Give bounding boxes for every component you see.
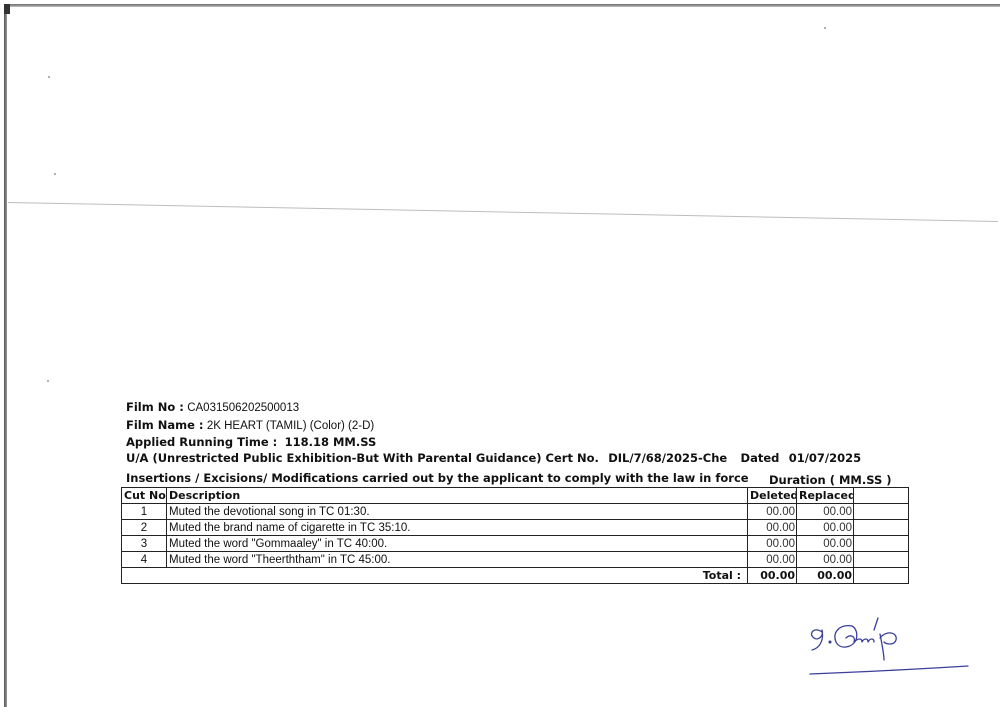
scan-speck: [47, 380, 49, 382]
modifications-heading: Insertions / Excisions/ Modifications ca…: [126, 471, 749, 485]
total-row: Total : 00.00 00.00: [122, 568, 909, 584]
col-blank: [854, 488, 909, 504]
running-time-value: 118.18 MM.SS: [285, 435, 377, 449]
replaced-cell: 00.00: [797, 520, 854, 536]
deleted-cell: 00.00: [748, 520, 797, 536]
table-header-row: Cut No. Description Deleted Replaced: [122, 488, 909, 504]
table-row: 3 Muted the word "Gommaaley" in TC 40:00…: [122, 536, 909, 552]
cut-no-cell: 1: [122, 504, 167, 520]
col-description: Description: [167, 488, 748, 504]
cut-no-cell: 3: [122, 536, 167, 552]
col-replaced: Replaced: [797, 488, 854, 504]
description-cell: Muted the devotional song in TC 01:30.: [167, 504, 748, 520]
cut-no-cell: 4: [122, 552, 167, 568]
description-cell: Muted the brand name of cigarette in TC …: [167, 520, 748, 536]
scan-speck: [824, 27, 826, 29]
col-cut-no: Cut No.: [122, 488, 167, 504]
deleted-cell: 00.00: [748, 536, 797, 552]
signature: [800, 608, 975, 683]
running-time-label: Applied Running Time :: [126, 435, 277, 449]
total-replaced: 00.00: [797, 568, 854, 584]
deleted-cell: 00.00: [748, 504, 797, 520]
scan-corner-mark: [4, 4, 10, 14]
modifications-table: Cut No. Description Deleted Replaced 1 M…: [121, 487, 909, 584]
replaced-cell: 00.00: [797, 552, 854, 568]
total-label: Total :: [122, 568, 748, 584]
description-cell: Muted the word "Theerththam" in TC 45:00…: [167, 552, 748, 568]
table-row: 1 Muted the devotional song in TC 01:30.…: [122, 504, 909, 520]
film-no-line: Film No : CA031506202500013: [126, 400, 299, 414]
certificate-line: U/A (Unrestricted Public Exhibition-But …: [126, 451, 861, 465]
total-deleted: 00.00: [748, 568, 797, 584]
film-name-line: Film Name : 2K HEART (TAMIL) (Color) (2-…: [126, 418, 374, 432]
dated-label: Dated: [741, 451, 780, 465]
blank-cell: [854, 568, 909, 584]
scan-edge-top: [8, 4, 1000, 7]
signature-underline: [810, 666, 968, 674]
blank-cell: [854, 520, 909, 536]
signature-ink: [812, 618, 897, 660]
modifications-heading-text: Insertions / Excisions/ Modifications ca…: [126, 471, 749, 485]
film-name-value: 2K HEART (TAMIL) (Color) (2-D): [207, 420, 374, 432]
blank-cell: [854, 552, 909, 568]
scan-speck: [48, 76, 50, 78]
film-no-value: CA031506202500013: [187, 402, 299, 414]
deleted-cell: 00.00: [748, 552, 797, 568]
scan-speck: [54, 173, 56, 175]
description-cell: Muted the word "Gommaaley" in TC 40:00.: [167, 536, 748, 552]
duration-heading: Duration ( MM.SS ): [769, 473, 892, 487]
blank-cell: [854, 504, 909, 520]
table-row: 4 Muted the word "Theerththam" in TC 45:…: [122, 552, 909, 568]
scan-edge-left: [4, 4, 7, 707]
col-deleted: Deleted: [748, 488, 797, 504]
certificate-text: U/A (Unrestricted Public Exhibition-But …: [126, 451, 599, 465]
replaced-cell: 00.00: [797, 504, 854, 520]
paper-fold-line: [8, 202, 998, 222]
cut-no-cell: 2: [122, 520, 167, 536]
table-row: 2 Muted the brand name of cigarette in T…: [122, 520, 909, 536]
film-no-label: Film No :: [126, 400, 184, 414]
cert-no-value: DIL/7/68/2025-Che: [608, 451, 727, 465]
dated-value: 01/07/2025: [789, 451, 861, 465]
running-time-line: Applied Running Time : 118.18 MM.SS: [126, 435, 376, 449]
replaced-cell: 00.00: [797, 536, 854, 552]
blank-cell: [854, 536, 909, 552]
film-name-label: Film Name :: [126, 418, 204, 432]
